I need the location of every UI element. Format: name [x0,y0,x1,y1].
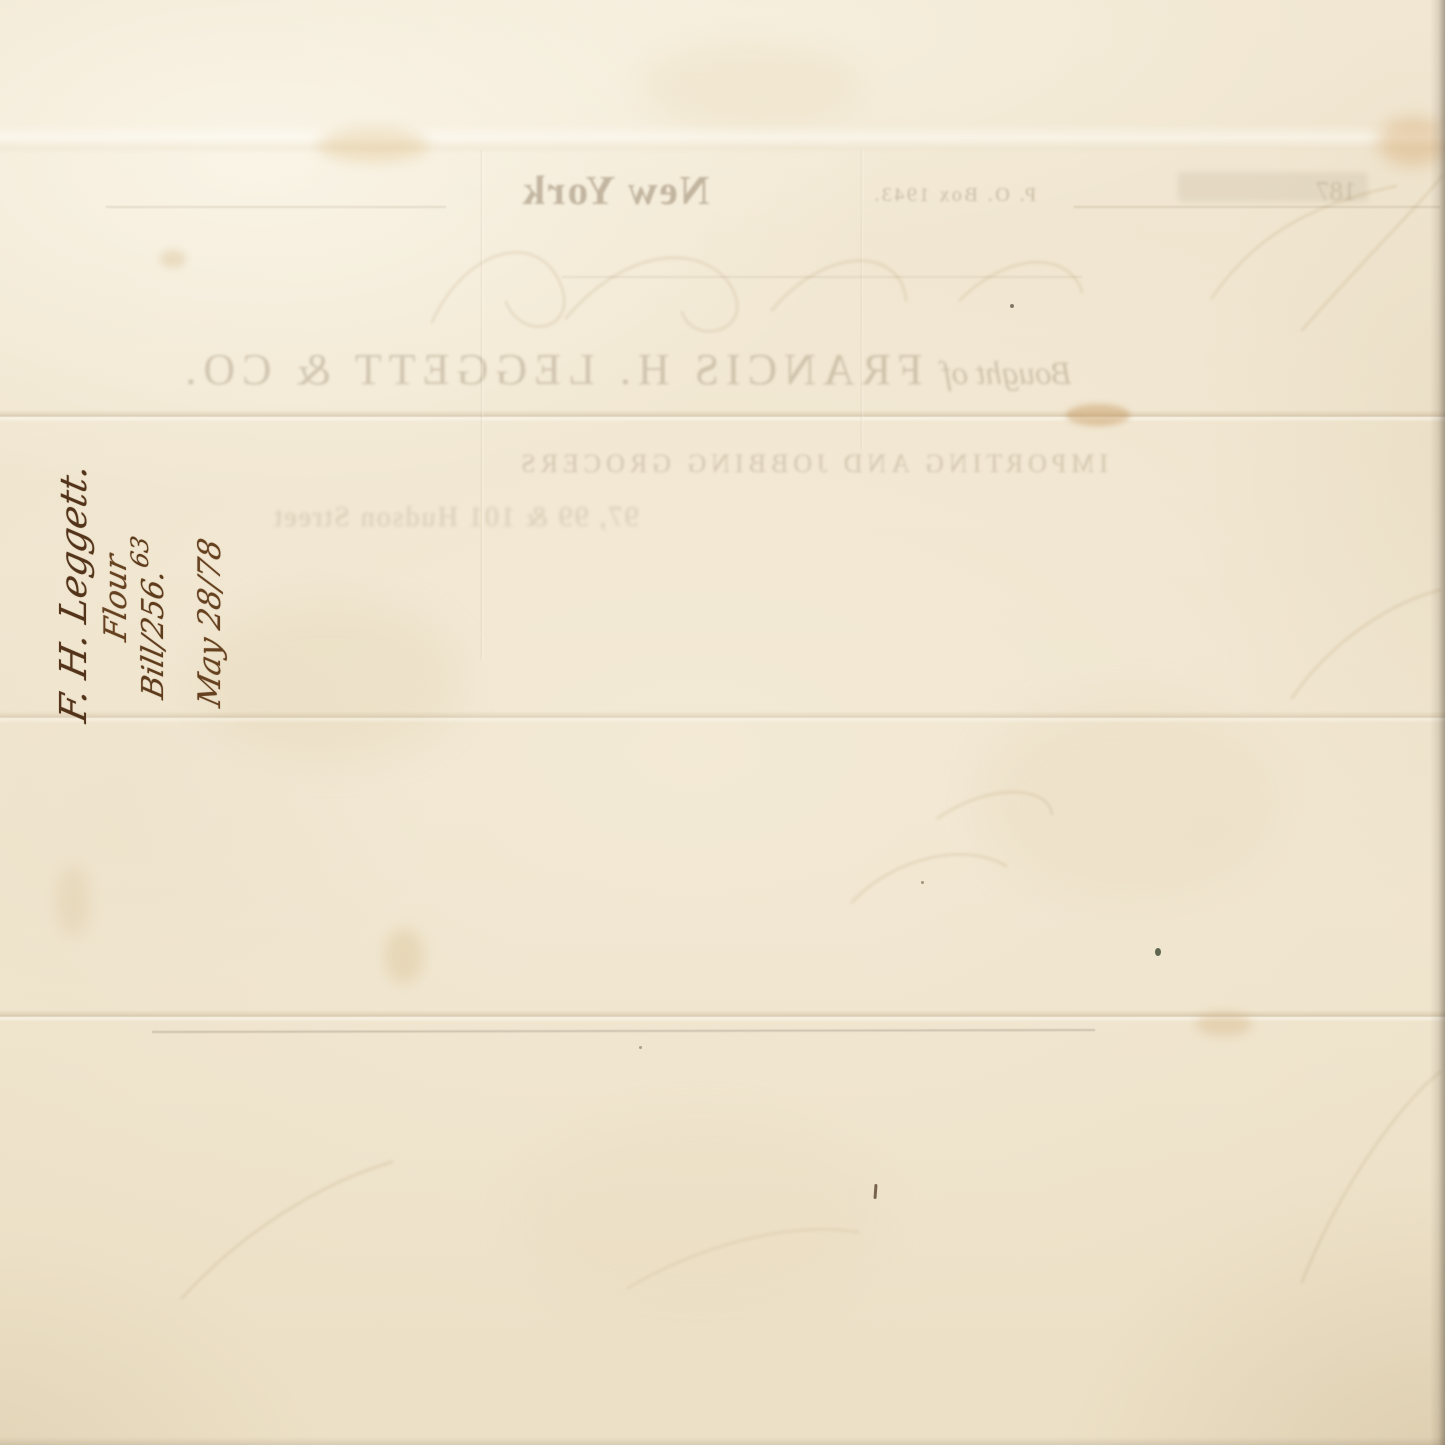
stain-on-lower-crease [1196,1012,1252,1036]
paper-mottle [200,600,460,760]
showthrough-bought-of-text: Bought of [942,356,1071,393]
showthrough-company-name-text: Francis H. Leggett & Co. [178,344,922,395]
showthrough-company-line: Bought of Francis H. Leggett & Co. [92,344,1158,416]
pencil-line-below-lower-crease [152,1029,1095,1033]
stain-small-upper-left [160,250,186,268]
paper-mottle [980,700,1280,900]
fold-crease-middle [0,711,1445,723]
docket-bill-amount-cents: 63 [126,533,154,570]
tiny-speck [639,1046,642,1049]
tiny-speck [921,881,924,884]
docket-bill-amount: Bill/256.63 [136,536,171,702]
showthrough-po-box-text: P. O. Box 1943. [838,184,1070,207]
fold-crease-lower [0,1010,1445,1022]
showthrough-rule-left [106,206,446,208]
paper-mottle [520,1120,880,1320]
dark-speck [1155,948,1161,956]
paper-mottle [640,40,860,130]
showthrough-city-text: New York [492,166,738,214]
docket-commodity: Flour [98,551,134,644]
scan-edge-shadow-right [1430,0,1445,1445]
docket-date: May 28/78 [192,535,228,710]
docket-recipient-name: F. H. Leggett. [52,460,95,726]
stain-mid-left [384,928,424,984]
showthrough-script-wisps [0,0,1445,1445]
stain-left-edge [56,866,90,936]
vertical-crease-right [860,150,864,450]
showthrough-tagline-text: Importing and Jobbing Grocers [538,449,1108,479]
showthrough-address-text: 97, 99 & 101 Hudson Street [248,502,663,534]
scan-edge-shadow-bottom [0,1437,1445,1445]
fold-crease-upper [0,410,1445,422]
aged-paper-verso: New York P. O. Box 1943. 187 Bought of F… [0,0,1445,1445]
stain-on-upper-crease [1066,404,1130,426]
top-fold-highlight [0,124,1445,154]
showthrough-rule-middle [562,276,1082,278]
vertical-crease-left [480,150,484,660]
ink-speck [1010,304,1014,308]
showthrough-rule-right [1074,206,1440,208]
ink-dash [873,1184,877,1199]
docket-bill-amount-main: Bill/256. [136,566,171,702]
showthrough-illegible-fine-print [1178,172,1368,202]
